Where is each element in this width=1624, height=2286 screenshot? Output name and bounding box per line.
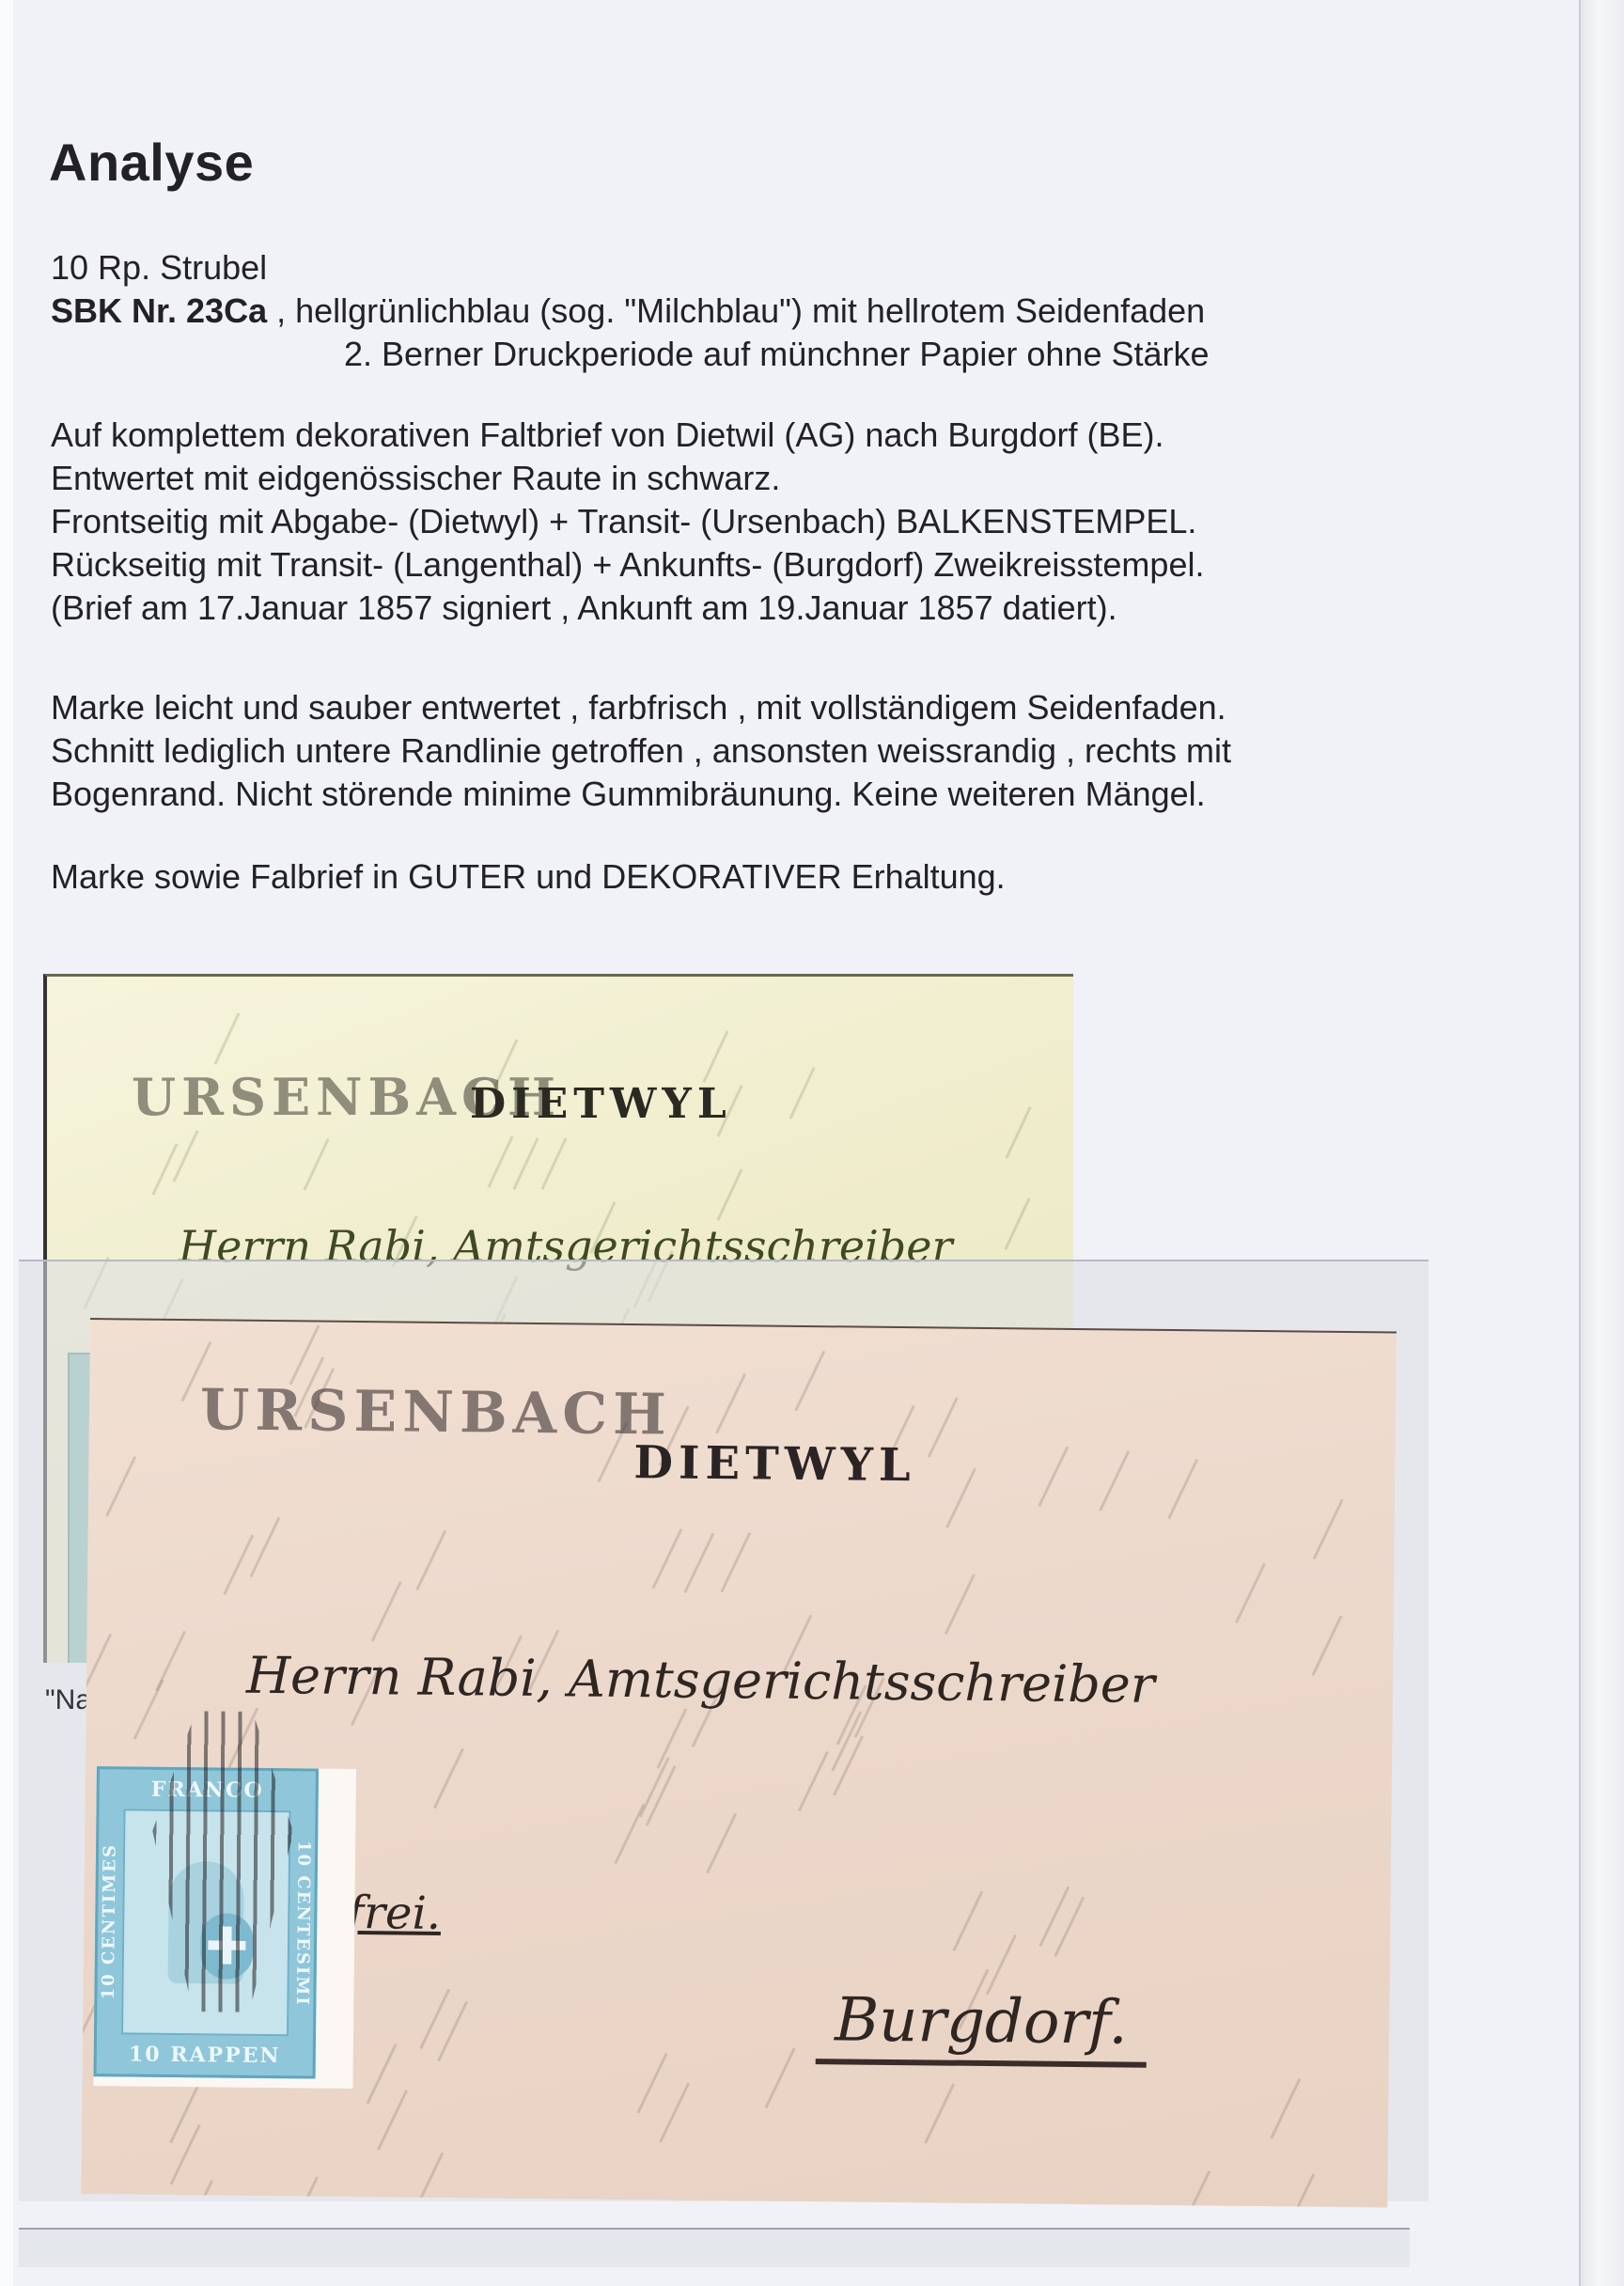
paper-streak [789,1067,815,1120]
folded-letter: URSENBACH DIETWYL Herrn Rabi, Amtsgerich… [81,1318,1397,2208]
description-line: Entwertet mit eidgenössischer Raute in s… [51,457,780,500]
paper-streak [172,1130,198,1182]
condition-line: Bogenrand. Nicht störende minime Gummibr… [51,773,1206,816]
summary-line: Marke sowie Falbrief in GUTER und DEKORA… [51,855,1006,899]
description-line: (Brief am 17.Januar 1857 signiert , Anku… [51,587,1117,630]
postage-stamp: FRANCO 10 CENTIMES 10 CENTESIMI 10 RAPPE… [93,1766,356,2089]
catalog-number: SBK Nr. 23Ca [51,291,267,330]
paper-streak [945,1574,976,1634]
catalog-description: , hellgrünlichblau (sog. "Milchblau") mi… [267,291,1205,330]
paper-streak [371,1581,402,1641]
scan-left-edge [0,0,14,2286]
paper-streak [1235,1563,1266,1623]
paper-streak [656,1708,687,1768]
paper-streak [105,1456,136,1516]
stamp-left-text: 10 CENTIMES [99,1808,121,2034]
stamp-bottom-text: 10 RAPPEN [97,2042,313,2068]
paper-streak [986,1934,1017,1995]
paper-streak [614,1804,645,1864]
paper-streak [683,1533,714,1593]
condition-line: Marke leicht und sauber entwertet , farb… [51,686,1226,729]
paper-streak [303,1138,329,1191]
paper-streak [1311,1616,1342,1676]
description-line: Frontseitig mit Abgabe- (Dietwyl) + Tran… [51,500,1196,543]
description-line: Auf komplettem dekorativen Faltbrief von… [51,414,1163,457]
paper-streak [794,1351,825,1411]
covered-caption: "Na [45,1684,91,1716]
paper-streak [133,1679,164,1739]
paper-streak [706,1813,737,1873]
paper-streak [715,1373,746,1433]
paper-streak [367,2043,398,2104]
paper-streak [1284,2173,1315,2207]
paper-streak [512,1137,539,1190]
paper-streak [151,1143,178,1196]
franking-note: frei. [347,1887,441,1940]
handwritten-address: Herrn Rabi, Amtsgerichtsschreiber [246,1646,1155,1714]
stamp-right-text: 10 CENTESIMI [292,1810,315,2036]
paper-streak [437,2001,468,2061]
paper-streak [1004,1198,1030,1250]
stamp-name: 10 Rp. Strubel [51,246,267,290]
paper-streak [798,1751,829,1811]
paper-streak [952,1891,983,1951]
origin-stamp-mark: DIETWYL [633,1436,916,1492]
paper-streak [487,1135,513,1188]
paper-streak [540,1137,567,1190]
transit-stamp-mark: URSENBACH [200,1377,673,1448]
sleeve-edge [1581,0,1624,2286]
paper-streak [213,1012,240,1065]
paper-streak [637,2053,668,2113]
paper-streak [924,2083,955,2143]
paper-streak [945,1468,976,1528]
destination: Burgdorf. [816,1985,1148,2068]
paper-streak [1099,1450,1130,1511]
paper-streak [716,1168,742,1221]
paper-streak [1179,2170,1210,2207]
print-period: 2. Berner Druckperiode auf münchner Papi… [344,333,1210,376]
paper-streak [1313,1499,1344,1559]
description-line: Rückseitig mit Transit- (Langenthal) + A… [51,543,1204,587]
sleeve-bottom-edge [19,2228,1410,2267]
paper-streak [720,1532,751,1592]
paper-streak [223,1534,254,1594]
paper-streak [765,2048,796,2108]
paper-streak [1167,1459,1198,1519]
paper-streak [1270,2078,1301,2138]
paper-streak [1005,1106,1031,1159]
paper-streak [249,1517,280,1577]
paper-streak [702,1030,728,1083]
paper-streak [659,2082,690,2142]
origin-stamp-mark: DIETWYL [470,1080,732,1128]
paper-streak [1038,1447,1069,1507]
paper-streak [433,1748,464,1808]
paper-streak [415,1530,446,1590]
condition-line: Schnitt lediglich untere Randlinie getro… [51,729,1231,773]
paper-streak [651,1528,682,1589]
paper-streak [377,2090,408,2150]
page-title: Analyse [49,132,254,193]
catalog-line: SBK Nr. 23Ca , hellgrünlichblau (sog. "M… [51,290,1205,333]
paper-streak [928,1397,959,1457]
